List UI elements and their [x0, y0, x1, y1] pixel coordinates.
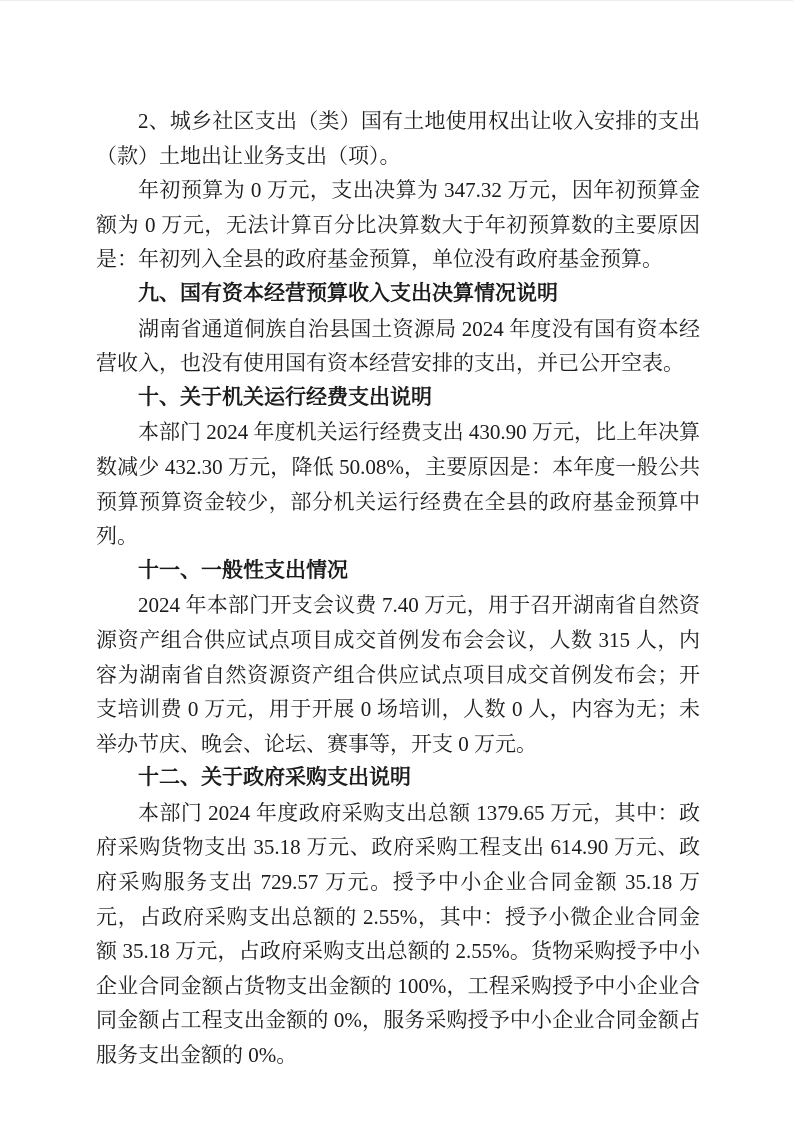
paragraph-state-capital-note: 湖南省通道侗族自治县国土资源局 2024 年度没有国有资本经营收入，也没有使用国…	[96, 312, 700, 381]
heading-section-12-government-procurement: 十二、关于政府采购支出说明	[96, 761, 700, 796]
heading-section-9-state-capital-budget: 九、国有资本经营预算收入支出决算情况说明	[96, 277, 700, 312]
paragraph-budget-vs-final-explanation: 年初预算为 0 万元，支出决算为 347.32 万元，因年初预算金额为 0 万元…	[96, 173, 700, 277]
paragraph-expense-item-2: 2、城乡社区支出（类）国有土地使用权出让收入安排的支出（款）土地出让业务支出（项…	[96, 104, 700, 173]
heading-section-11-general-expense: 十一、一般性支出情况	[96, 554, 700, 589]
paragraph-operating-expense-detail: 本部门 2024 年度机关运行经费支出 430.90 万元，比上年决算数减少 4…	[96, 415, 700, 553]
paragraph-procurement-detail: 本部门 2024 年度政府采购支出总额 1379.65 万元，其中：政府采购货物…	[96, 796, 700, 1073]
heading-section-10-operating-expense: 十、关于机关运行经费支出说明	[96, 381, 700, 416]
paragraph-general-expense-detail: 2024 年本部门开支会议费 7.40 万元，用于召开湖南省自然资源资产组合供应…	[96, 588, 700, 761]
document-page: 2、城乡社区支出（类）国有土地使用权出让收入安排的支出（款）土地出让业务支出（项…	[0, 0, 793, 1122]
